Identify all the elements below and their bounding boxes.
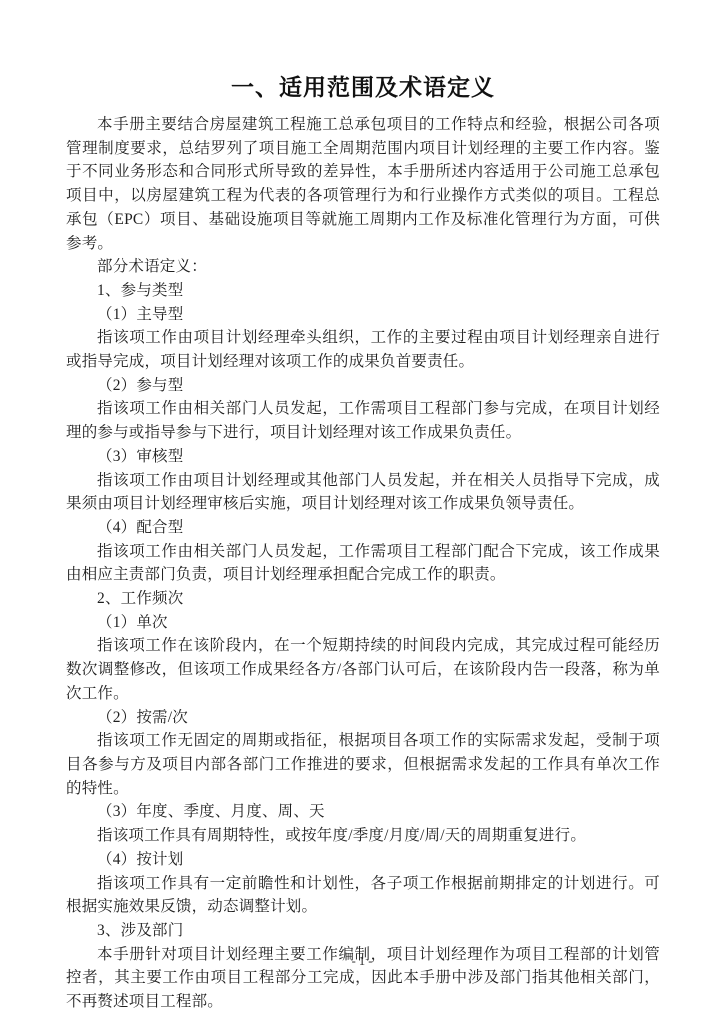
page-title: 一、适用范围及术语定义 (66, 72, 660, 104)
item-2-1-heading: （1）单次 (66, 611, 660, 635)
terms-definition-heading: 部分术语定义： (66, 255, 660, 279)
item-2-4-heading: （4）按计划 (66, 848, 660, 872)
section-3-heading: 3、涉及部门 (66, 919, 660, 943)
item-1-4-body: 指该项工作由相关部门人员发起，工作需项目工程部门配合下完成，该工作成果由相应主责… (66, 540, 660, 587)
item-1-2-heading: （2）参与型 (66, 374, 660, 398)
item-2-2-heading: （2）按需/次 (66, 706, 660, 730)
page-number: - 1 - (0, 954, 724, 969)
item-2-3-heading: （3）年度、季度、月度、周、天 (66, 800, 660, 824)
item-1-1-heading: （1）主导型 (66, 303, 660, 327)
item-1-3-body: 指该项工作由项目计划经理或其他部门人员发起，并在相关人员指导下完成，成果须由项目… (66, 469, 660, 516)
section-1-heading: 1、参与类型 (66, 279, 660, 303)
section-2-heading: 2、工作频次 (66, 587, 660, 611)
item-2-3-body: 指该项工作具有周期特性，或按年度/季度/月度/周/天的周期重复进行。 (66, 824, 660, 848)
item-2-4-body: 指该项工作具有一定前瞻性和计划性，各子项工作根据前期排定的计划进行。可根据实施效… (66, 872, 660, 919)
item-2-2-body: 指该项工作无固定的周期或指征，根据项目各项工作的实际需求发起，受制于项目各参与方… (66, 729, 660, 800)
document-page: 一、适用范围及术语定义 本手册主要结合房屋建筑工程施工总承包项目的工作特点和经验… (0, 0, 724, 1024)
item-1-3-heading: （3）审核型 (66, 445, 660, 469)
item-1-1-body: 指该项工作由项目计划经理牵头组织，工作的主要过程由项目计划经理亲自进行或指导完成… (66, 326, 660, 373)
intro-paragraph: 本手册主要结合房屋建筑工程施工总承包项目的工作特点和经验，根据公司各项管理制度要… (66, 113, 660, 255)
item-1-2-body: 指该项工作由相关部门人员发起，工作需项目工程部门参与完成，在项目计划经理的参与或… (66, 397, 660, 444)
item-2-1-body: 指该项工作在该阶段内，在一个短期持续的时间段内完成，其完成过程可能经历数次调整修… (66, 634, 660, 705)
item-1-4-heading: （4）配合型 (66, 516, 660, 540)
document-content: 一、适用范围及术语定义 本手册主要结合房屋建筑工程施工总承包项目的工作特点和经验… (66, 72, 660, 1014)
